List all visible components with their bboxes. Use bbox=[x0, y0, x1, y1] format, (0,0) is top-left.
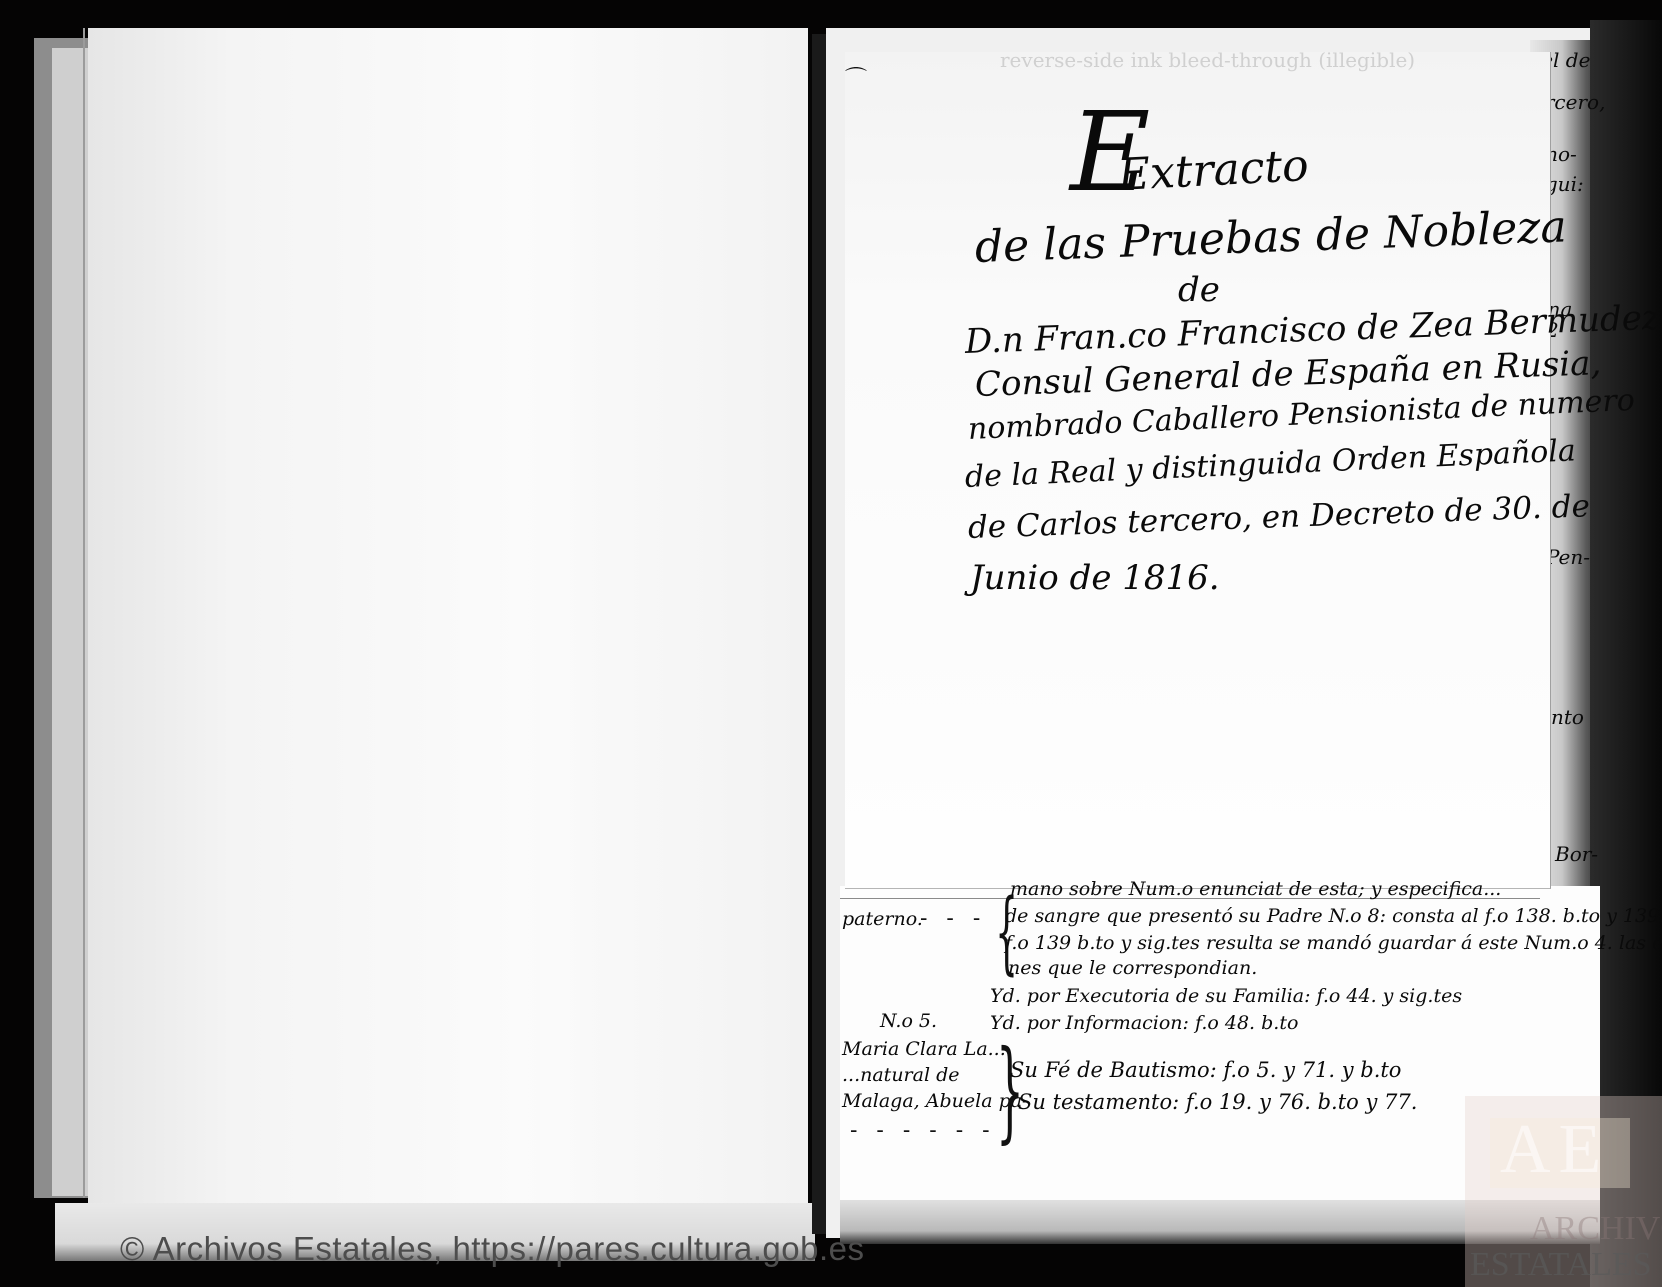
leader-dashes: - - - - - - bbox=[850, 1118, 996, 1143]
bracket-1-line: nes que le correspondian. bbox=[1008, 957, 1257, 979]
lower-left-label-2: N.o 5. bbox=[880, 1010, 937, 1032]
left-page-fold-line bbox=[83, 28, 85, 1198]
heading-connector: de bbox=[1178, 270, 1220, 310]
bracket-1-line: Yd. por Executoria de su Familia: f.o 44… bbox=[990, 985, 1462, 1007]
lower-left-label-2: Maria Clara La... bbox=[842, 1038, 1006, 1060]
bracket-2-line: Su testamento: f.o 19. y 76. b.to y 77. bbox=[1018, 1090, 1417, 1114]
copyright-watermark: © Archivos Estatales, https://pares.cult… bbox=[120, 1230, 865, 1268]
corner-mark-icon: ⌒ bbox=[845, 62, 867, 93]
leader-dashes: - - - bbox=[920, 906, 986, 931]
bracket-1-line: f.o 139 b.to y sig.tes resulta se mandó … bbox=[1005, 932, 1662, 954]
lower-left-label-1: paterno. bbox=[842, 908, 923, 930]
left-page-blank bbox=[88, 28, 808, 1208]
margin-fragment: Pen- bbox=[1546, 545, 1590, 569]
bracket-2-line: Su Fé de Bautismo: f.o 5. y 71. y b.to bbox=[1010, 1058, 1401, 1082]
margin-fragment: Bor- bbox=[1555, 842, 1598, 866]
lower-left-label-2: ...natural de bbox=[842, 1064, 960, 1086]
archive-logo-letters: AE bbox=[1500, 1110, 1609, 1190]
margin-fragment: nto bbox=[1551, 705, 1584, 729]
heading-title: Extracto bbox=[1117, 140, 1310, 201]
archive-logo-label: ESTATALES bbox=[1470, 1246, 1652, 1284]
archive-logo-label-top: ARCHIVOS bbox=[1530, 1210, 1662, 1248]
bleed-through-text: reverse-side ink bleed-through (illegibl… bbox=[1000, 48, 1415, 72]
body-line-6: Junio de 1816. bbox=[970, 558, 1220, 598]
bracket-1-line: mano sobre Num.o enunciat de esta; y esp… bbox=[1010, 878, 1501, 900]
bracket-1-line: de sangre que presentó su Padre N.o 8: c… bbox=[1005, 905, 1662, 927]
bracket-1-line: Yd. por Informacion: f.o 48. b.to bbox=[990, 1012, 1298, 1034]
